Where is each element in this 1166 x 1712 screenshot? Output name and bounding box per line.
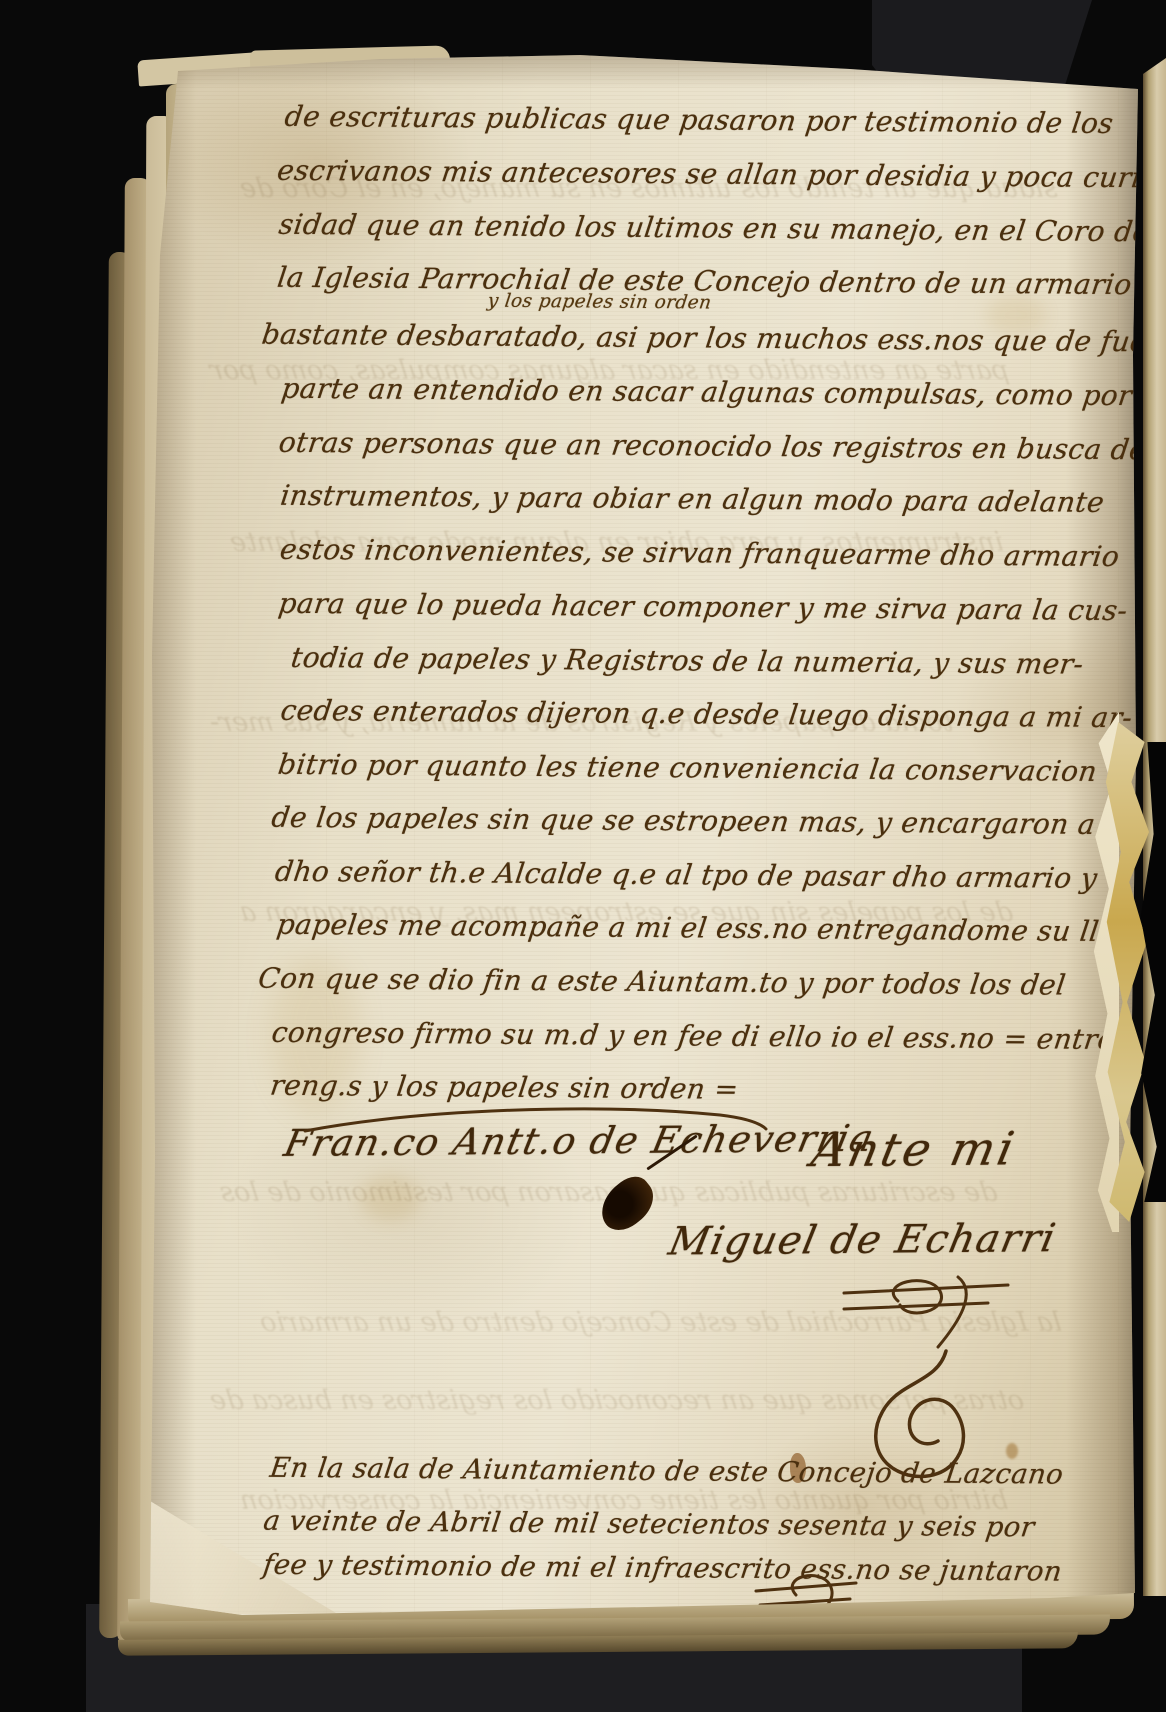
manuscript-page: sidad que an tenido los ultimos en su ma… <box>150 55 1138 1615</box>
manuscript-line: cedes enterados dijeron q.e desde luego … <box>279 694 1135 734</box>
manuscript-line: congreso firmo su m.d y en fee di ello i… <box>270 1016 1117 1056</box>
manuscript-line: dho señor th.e Alcalde q.e al tpo de pas… <box>273 855 1099 895</box>
manuscript-line: sidad que an tenido los ultimos en su ma… <box>277 208 1152 249</box>
interlined-note: y los papeles sin orden <box>486 291 713 314</box>
manuscript-line: bastante desbaratado, asi por los muchos… <box>260 318 1166 359</box>
manuscript-line: de los papeles sin que se estropeen mas,… <box>270 801 1098 841</box>
manuscript-line: de escrituras publicas que pasaron por t… <box>283 100 1116 140</box>
signature-flourish-stroke-icon <box>300 1101 770 1141</box>
torn-page-edge <box>1085 712 1166 1232</box>
manuscript-line: bitrio por quanto les tiene conveniencia… <box>276 748 1099 788</box>
manuscript-line: escrivanos mis antecesores se allan por … <box>275 154 1166 195</box>
signature-attestation: Ante mi <box>807 1121 1021 1177</box>
manuscript-line: otras personas que an reconocido los reg… <box>277 426 1148 467</box>
manuscript-line: para que lo pueda hacer componer y me si… <box>277 587 1130 627</box>
signature-notary: Miguel de Echarri <box>665 1216 1060 1264</box>
manuscript-line: papeles me acompañe a mi el ess.no entre… <box>275 908 1161 949</box>
manuscript-line: fee y testimonio de mi el infraescrito e… <box>261 1549 1064 1588</box>
manuscript-line: Con que se dio fin a este Aiuntam.to y p… <box>256 962 1067 1002</box>
manuscript-line: a veinte de Abril de mil setecientos ses… <box>262 1505 1037 1544</box>
notary-rubric-icon <box>838 1263 1018 1353</box>
manuscript-line: todia de papeles y Registros de la numer… <box>289 641 1086 681</box>
manuscript-line: estos inconvenientes, se sirvan franquea… <box>278 533 1121 573</box>
manuscript-line: instrumentos, y para obiar en algun modo… <box>279 479 1107 519</box>
manuscript-line: parte an entendido en sacar algunas comp… <box>279 372 1134 412</box>
manuscript-photo: sidad que an tenido los ultimos en su ma… <box>0 0 1166 1712</box>
teardrop-rubric-icon <box>850 1345 1000 1485</box>
